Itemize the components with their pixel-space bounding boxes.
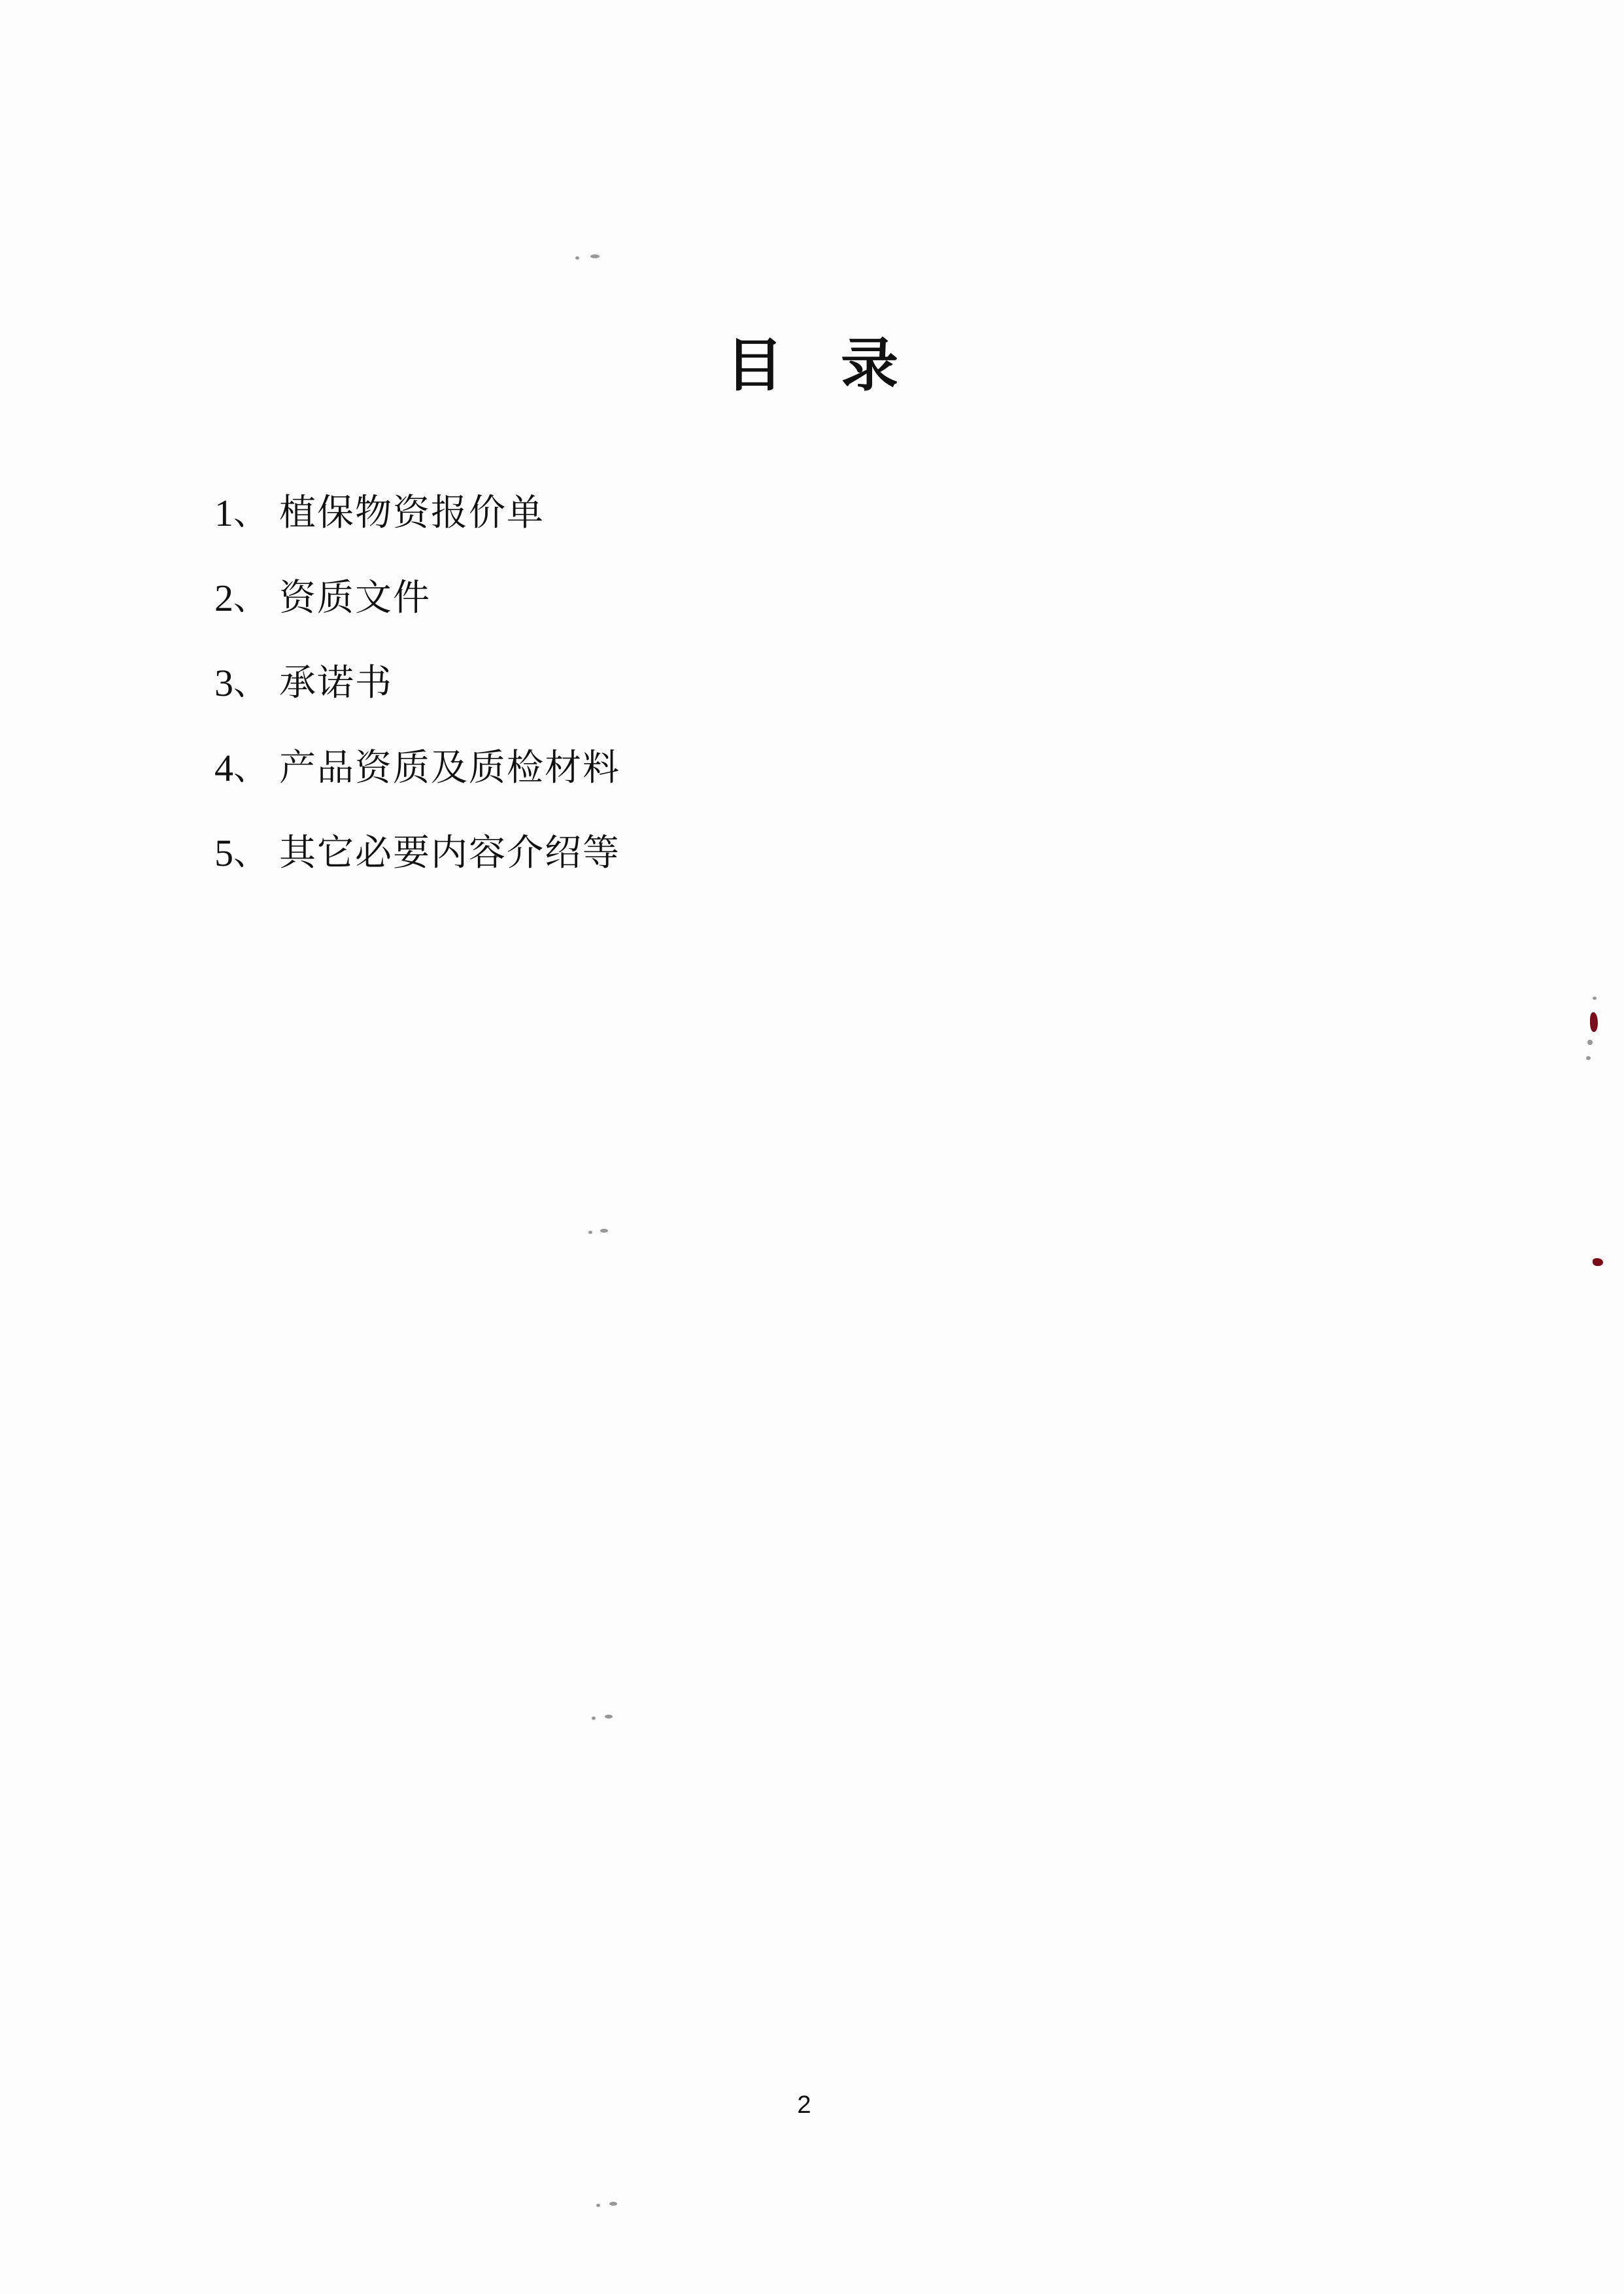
toc-item-3: 3、承诺书 <box>214 641 620 726</box>
toc-item-label: 资质文件 <box>279 572 431 625</box>
seal-fragment-icon <box>1593 1258 1603 1266</box>
scan-speck-icon <box>1586 1056 1591 1060</box>
seal-fragment-icon <box>1590 1012 1598 1032</box>
scan-speck-icon <box>600 1229 608 1233</box>
toc-item-label: 承诺书 <box>279 657 393 710</box>
toc-item-separator: 、 <box>233 742 279 795</box>
toc-item-separator: 、 <box>233 657 279 710</box>
scan-speck-icon <box>609 2202 617 2206</box>
scan-speck-icon <box>592 1717 596 1720</box>
toc-item-separator: 、 <box>233 487 279 539</box>
toc-item-number: 2 <box>214 572 233 625</box>
toc-item-2: 2、资质文件 <box>214 556 620 641</box>
scan-speck-icon <box>596 2204 600 2207</box>
document-page: 目录 1、植保物资报价单 2、资质文件 3、承诺书 4、产品资质及质检材料 5、… <box>0 0 1624 2294</box>
toc-item-number: 5 <box>214 827 233 880</box>
toc-item-label: 植保物资报价单 <box>279 487 545 539</box>
title-char-2: 录 <box>841 326 898 405</box>
toc-item-number: 3 <box>214 657 233 710</box>
toc-item-1: 1、植保物资报价单 <box>214 471 620 556</box>
toc-item-label: 产品资质及质检材料 <box>279 742 620 795</box>
page-title: 目录 <box>0 326 1624 405</box>
toc-item-label: 其它必要内容介绍等 <box>279 827 620 880</box>
scan-speck-icon <box>575 256 579 260</box>
scan-speck-icon <box>588 1231 592 1234</box>
toc-item-5: 5、其它必要内容介绍等 <box>214 811 620 896</box>
title-char-1: 目 <box>726 326 783 405</box>
toc-item-number: 4 <box>214 742 233 795</box>
scan-speck-icon <box>605 1715 613 1719</box>
scan-speck-icon <box>1587 1040 1593 1045</box>
toc-item-4: 4、产品资质及质检材料 <box>214 726 620 811</box>
toc-item-number: 1 <box>214 487 233 539</box>
scan-speck-icon <box>590 254 600 258</box>
table-of-contents: 1、植保物资报价单 2、资质文件 3、承诺书 4、产品资质及质检材料 5、其它必… <box>214 471 620 896</box>
toc-item-separator: 、 <box>233 827 279 880</box>
toc-item-separator: 、 <box>233 572 279 625</box>
page-number: 2 <box>785 2089 824 2121</box>
scan-speck-icon <box>1593 997 1597 1000</box>
